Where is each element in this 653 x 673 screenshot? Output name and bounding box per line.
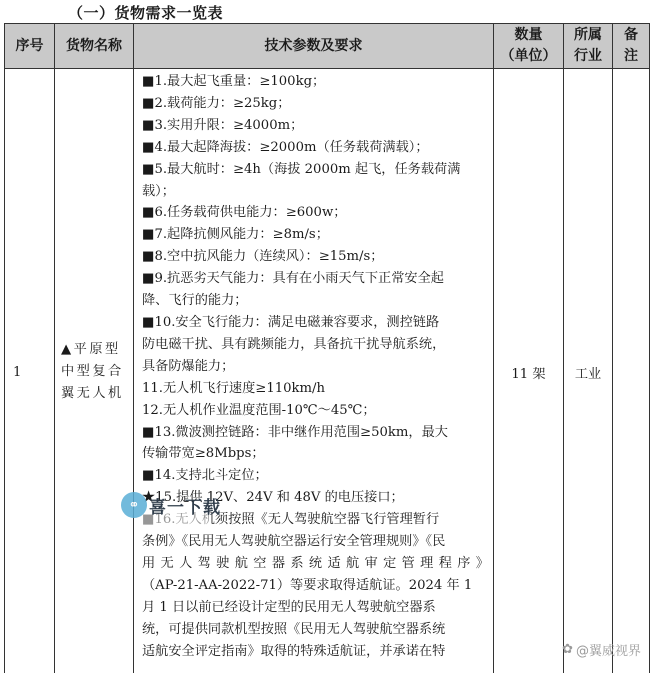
cell-remark — [613, 69, 650, 673]
spec-line: 降、飞行的能力； — [142, 290, 489, 312]
spec-line: ■7.起降抗侧风能力：≥8m/s； — [142, 224, 489, 246]
watermark-logo-icon: ⚭ — [121, 492, 147, 518]
table-header-row: 序号 货物名称 技术参数及要求 数量 （单位） 所属 行业 备 注 — [5, 24, 650, 69]
goods-name-line: 翼无人机 — [61, 383, 127, 405]
spec-line: ■5.最大航时：≥4h（海拔 2000m 起飞，任务载荷满 — [142, 159, 489, 181]
spec-line: 12.无人机作业温度范围-10℃～45℃； — [142, 400, 489, 422]
spec-line: 条例》《民用无人驾驶航空器运行安全管理规则》《民 — [142, 531, 489, 553]
spec-line: ■6.任务载荷供电能力：≥600w； — [142, 202, 489, 224]
flower-icon: ✿ — [562, 642, 573, 657]
spec-line: 用无人驾驶航空器系统适航审定管理程序》 — [142, 553, 489, 575]
spec-line: ■13.微波测控链路：非中继作用范围≥50km，最大 — [142, 422, 489, 444]
spec-line: 具备防爆能力； — [142, 356, 489, 378]
header-remark-line2: 注 — [613, 46, 649, 67]
watermark-right: ✿ @翼威视界 — [562, 640, 641, 659]
header-industry-line2: 行业 — [564, 46, 612, 67]
header-industry: 所属 行业 — [564, 24, 613, 69]
spec-line: 月 1 日以前已经设计定型的民用无人驾驶航空器系 — [142, 597, 489, 619]
spec-line: ■10.安全飞行能力：满足电磁兼容要求，测控链路 — [142, 312, 489, 334]
watermark-right-text: @翼威视界 — [576, 640, 641, 659]
spec-line: ■3.实用升限：≥4000m； — [142, 115, 489, 137]
cell-seq: 1 — [5, 69, 55, 673]
spec-line: 载）； — [142, 181, 489, 203]
cell-goods-name: ▲平原型 中型复合 翼无人机 — [55, 69, 134, 673]
goods-name-line: ▲平原型 — [61, 339, 127, 361]
cell-quantity: 11 架 — [494, 69, 564, 673]
spec-line: 统，可提供同款机型按照《民用无人驾驶航空器系统 — [142, 619, 489, 641]
spec-line: 适航安全评定指南》取得的特殊适航证，并承诺在特 — [142, 641, 489, 663]
table-row: 1 ▲平原型 中型复合 翼无人机 ■1.最大起飞重量：≥100kg； ■2.载荷… — [5, 69, 650, 673]
spec-line: 传输带宽≥8Mbps； — [142, 443, 489, 465]
spec-line: ■8.空中抗风能力（连续风）：≥15m/s； — [142, 246, 489, 268]
cell-spec: ■1.最大起飞重量：≥100kg； ■2.载荷能力：≥25kg； ■3.实用升限… — [134, 69, 494, 673]
header-industry-line1: 所属 — [564, 25, 612, 46]
spec-line: ■9.抗恶劣天气能力：具有在小雨天气下正常安全起 — [142, 268, 489, 290]
watermark-left: ⚭ 喜一下载 — [121, 492, 221, 518]
watermark-left-text: 喜一下载 — [149, 493, 221, 518]
spec-line: ■14.支持北斗定位； — [142, 465, 489, 487]
spec-line: ■1.最大起飞重量：≥100kg； — [142, 71, 489, 93]
spec-line: 防电磁干扰、具有跳频能力，具备抗干扰导航系统， — [142, 334, 489, 356]
goods-name-line: 中型复合 — [61, 361, 127, 383]
header-quantity-line1: 数量 — [494, 25, 563, 46]
spec-line: ■2.载荷能力：≥25kg； — [142, 93, 489, 115]
spec-line: （AP-21-AA-2022-71）等要求取得适航证。2024 年 1 — [142, 575, 489, 597]
header-remark: 备 注 — [613, 24, 650, 69]
section-title: （一）货物需求一览表 — [68, 2, 223, 23]
header-name: 货物名称 — [55, 24, 134, 69]
header-remark-line1: 备 — [613, 25, 649, 46]
spec-line: ■4.最大起降海拔：≥2000m（任务载荷满载）； — [142, 137, 489, 159]
header-seq: 序号 — [5, 24, 55, 69]
header-quantity: 数量 （单位） — [494, 24, 564, 69]
spec-line: 11.无人机飞行速度≥110km/h — [142, 378, 489, 400]
cell-industry: 工业 — [564, 69, 613, 673]
header-quantity-line2: （单位） — [494, 46, 563, 67]
goods-requirement-table: 序号 货物名称 技术参数及要求 数量 （单位） 所属 行业 备 注 1 ▲平原型… — [4, 23, 650, 673]
header-spec: 技术参数及要求 — [134, 24, 494, 69]
